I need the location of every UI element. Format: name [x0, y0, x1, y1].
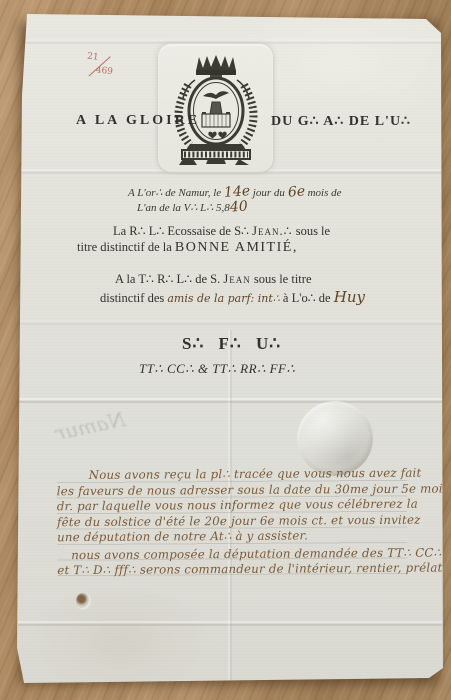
lodge-text: sous le [296, 224, 330, 238]
letter-line: Nous avons reçu la pl∴ tracée que vous n… [57, 466, 407, 484]
handwritten-year: 40 [229, 198, 248, 215]
salutation-text: TT∴ CC∴ & TT∴ RR∴ FF∴ [139, 361, 295, 377]
heart-icon [208, 132, 216, 139]
photo-wooden-table-background: 21 469 A LA GLOIRE DU G∴ A∴ DE L'U∴ A L'… [0, 0, 451, 700]
blind-embossed-seal [297, 401, 373, 476]
masonic-crest-emblem-illustration [166, 53, 266, 167]
letterhead-left-text: A LA GLOIRE [76, 113, 200, 129]
lodge-text: La R∴ L∴ Ecossaise de S∴ [113, 224, 249, 238]
dateline-printed-mid: jour du [253, 187, 285, 199]
dateline-line1: A L'or∴ de Namur, le 14e jour du 6e mois… [128, 184, 342, 200]
radiant-crown-icon [196, 55, 236, 71]
paper-hole [76, 593, 89, 608]
letter-line: une députation de notre At∴ à y assister… [57, 528, 407, 546]
tower-icon [210, 102, 222, 114]
dateline-printed-post: mois de [308, 187, 342, 199]
handwritten-city-huy: Huy [334, 288, 365, 306]
handwritten-letter-body: Nous avons reçu la pl∴ tracée que vous n… [57, 466, 408, 579]
saint-jean-smallcaps: Jean.∴ [252, 224, 292, 238]
archival-number-bottom: 469 [95, 65, 113, 77]
archival-number-mark: 21 469 [84, 51, 119, 84]
addressee-paragraph-line2: distinctif des amis de la parf: int∴ à L… [100, 288, 365, 306]
lodge-paragraph-line2: titre distinctif de la BONNE AMITIÉ, [77, 240, 298, 256]
archival-number-top: 21 [87, 52, 99, 63]
addressee-paragraph-line1: A la T∴ R∴ L∴ de S. Jean sous le titre [115, 271, 312, 287]
letter-line: et T∴ D∴ fff∴ serons commandeur de l'int… [57, 561, 407, 579]
dove-icon [203, 91, 229, 99]
handwritten-month: 6e [287, 183, 305, 200]
ghost-pencil-note: Namur [53, 407, 127, 445]
paper-sheet: 21 469 A LA GLOIRE DU G∴ A∴ DE L'U∴ A L'… [0, 0, 451, 700]
saint-jean-smallcaps: Jean [223, 272, 250, 286]
addressee-text: A la T∴ R∴ L∴ de S. [115, 272, 220, 286]
letterhead-right-text: DU G∴ A∴ DE L'U∴ [271, 113, 411, 130]
addressee-text: distinctif des [100, 291, 164, 305]
addressee-text: sous le titre [254, 272, 312, 286]
letter-line: fête du solstice d'été le 20e jour 6e mo… [57, 512, 407, 530]
motto-sfu-text: S∴ F∴ U∴ [182, 334, 281, 354]
lodge-name-bonne-amitie: BONNE AMITIÉ, [175, 240, 298, 255]
letter-line: dr. par laquelle vous nous informez que … [57, 497, 407, 515]
handwritten-lodge-title: amis de la parf: int∴ [167, 292, 279, 305]
dateline-printed-year-pre: L'an de la V∴ L∴ 5,8 [137, 202, 230, 214]
addressee-text: à L'o∴ de [283, 291, 331, 305]
lodge-paragraph-line1: La R∴ L∴ Ecossaise de S∴ Jean.∴ sous le [113, 223, 330, 239]
dateline-line2: L'an de la V∴ L∴ 5,840 [137, 199, 248, 215]
lodge-text: titre distinctif de la [77, 240, 172, 254]
fold-crease-horizontal [18, 320, 442, 325]
dateline-printed-pre: A L'or∴ de Namur, le [128, 187, 221, 199]
